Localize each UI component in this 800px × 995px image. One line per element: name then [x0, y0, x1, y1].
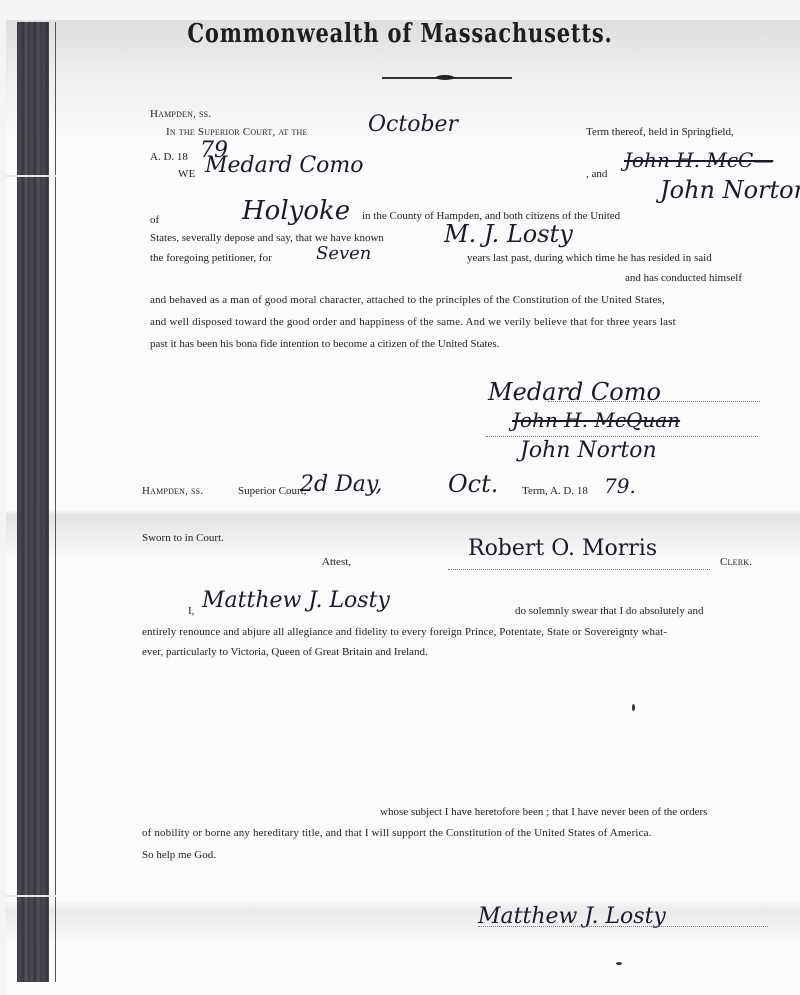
years-handwritten: Seven [316, 243, 371, 264]
petitioner-handwritten: M. J. Losty [444, 220, 573, 248]
jurat-term: Term, A. D. 18 [522, 485, 588, 498]
fold-mark [6, 895, 56, 897]
binding-edge [17, 22, 49, 982]
conducted-text: and has conducted himself [625, 272, 742, 285]
we-label: WE [178, 168, 196, 181]
paragraph-line: and well disposed toward the good order … [150, 316, 676, 329]
signature-line [486, 436, 758, 437]
attest-label: Attest, [322, 556, 351, 569]
oath-prefix: I, [188, 605, 194, 618]
margin-rule [55, 22, 56, 982]
term-month-handwritten: October [368, 112, 458, 137]
closing-line-2: of nobility or borne any hereditary titl… [142, 827, 652, 840]
jurat-day-handwritten: 2d Day, [300, 472, 382, 497]
ad-prefix: A. D. 18 [150, 151, 188, 164]
oath-line-1: do solemnly swear that I do absolutely a… [515, 605, 704, 618]
town-handwritten: Holyoke [242, 196, 350, 226]
clerk-signature: Robert O. Morris [468, 536, 657, 561]
deponent-2-handwritten: John Norton [660, 176, 800, 204]
oath-name-handwritten: Matthew J. Losty [202, 588, 390, 613]
clerk-label: Clerk. [720, 556, 752, 569]
title-ornament [382, 77, 512, 79]
ink-speck [632, 704, 635, 711]
fold-mark [6, 175, 56, 177]
clerk-signature-line [448, 569, 710, 570]
closing-line-3: So help me God. [142, 849, 216, 862]
venue-label: Hampden, ss. [150, 108, 211, 121]
jurat-venue: Hampden, ss. [142, 485, 203, 498]
deponent-1-handwritten: Medard Como [205, 153, 364, 178]
of-label: of [150, 214, 159, 227]
paragraph-line: past it has been his bona fide intention… [150, 338, 499, 351]
jurat-month-handwritten: Oct. [448, 470, 498, 498]
court-line-suffix: Term thereof, held in Springfield, [586, 126, 734, 139]
signature-line [548, 401, 760, 402]
oath-line-3: ever, particularly to Victoria, Queen of… [142, 646, 428, 659]
closing-line-1: whose subject I have heretofore been ; t… [380, 806, 707, 819]
years-text: years last past, during which time he ha… [467, 252, 712, 265]
and-label: , and [586, 168, 607, 181]
oath-line-2: entirely renounce and abjure all allegia… [142, 626, 667, 639]
jurat-court: Superior Court, [238, 485, 306, 498]
document-title: Commonwealth of Massachusetts. [0, 17, 800, 48]
signature-2-struck: John H. McQuan [512, 408, 680, 432]
final-signature-line [478, 926, 768, 927]
signature-3: John Norton [520, 438, 657, 463]
deponent-2-struck-handwritten: John H. McC— [624, 148, 773, 172]
paragraph-line: and behaved as a man of good moral chara… [150, 294, 665, 307]
foregoing-text: the foregoing petitioner, for [150, 252, 272, 265]
jurat-year-handwritten: 79. [604, 474, 636, 498]
sworn-text: Sworn to in Court. [142, 532, 224, 545]
ink-speck [616, 962, 622, 965]
court-line-prefix: In the Superior Court, at the [166, 126, 308, 139]
